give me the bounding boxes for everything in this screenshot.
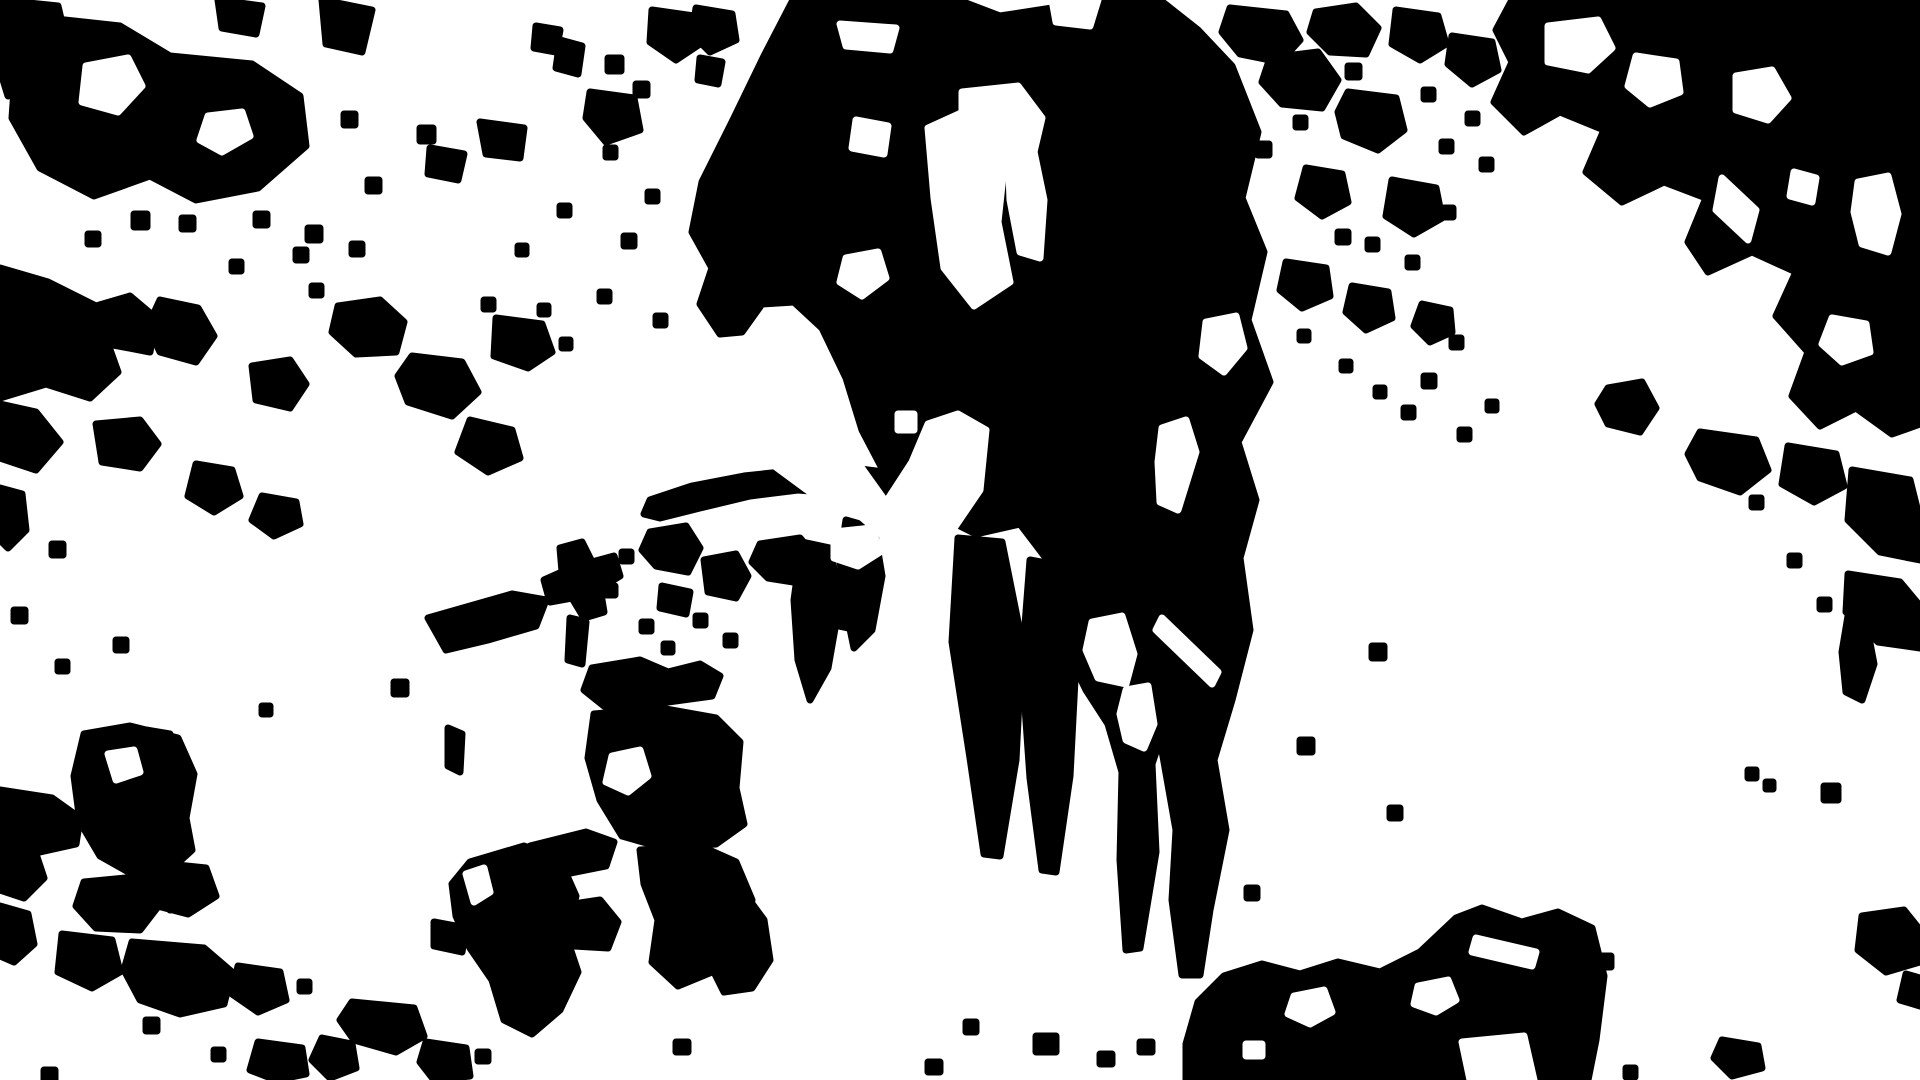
curved-sliver — [448, 728, 462, 772]
diag-blob-4 — [494, 318, 552, 368]
right-mid-blob-2 — [1688, 432, 1768, 492]
tr-hole-5 — [1790, 172, 1816, 202]
crown-top-notch-2 — [1052, 0, 1098, 26]
mid-blob-4 — [252, 496, 300, 536]
left-edge-blob-1 — [0, 840, 44, 898]
chevron-wedge — [428, 594, 546, 650]
frag-mid-4 — [1386, 180, 1442, 234]
tl-lower-mass — [0, 268, 156, 398]
crown-dot-2 — [908, 584, 926, 602]
bitonal-photo-canvas — [0, 0, 1920, 1080]
bl-foliage-piece — [556, 900, 618, 948]
right-mid-blob-3 — [1782, 446, 1844, 502]
mid-blob-2 — [96, 420, 158, 468]
bl-small-blob — [434, 922, 466, 952]
frag-mid-5 — [1280, 262, 1330, 308]
left-edge-blob-3 — [0, 488, 26, 548]
sub-beak-2 — [704, 554, 748, 598]
star-stem — [568, 618, 586, 664]
br-blob-3 — [1714, 1040, 1762, 1076]
crown-white-patch-2 — [962, 86, 1042, 158]
frag-mid-7 — [1414, 304, 1452, 342]
diag-blob-2 — [398, 356, 478, 416]
foliage-wing — [584, 660, 720, 712]
tl-chain-blob — [148, 300, 214, 362]
frag-mid-1 — [1262, 52, 1338, 108]
tl-lower-mass-2 — [0, 404, 60, 470]
br-blob-2 — [1900, 974, 1920, 1006]
sub-beak-4 — [752, 538, 818, 584]
top-speck-2 — [322, 0, 372, 52]
bl-foliage-sliver — [466, 868, 490, 902]
mound-notch — [1462, 1036, 1534, 1080]
bl-cluster-5 — [232, 966, 286, 1012]
leg-hole-1 — [1086, 616, 1134, 684]
frag-mid-2 — [1338, 92, 1404, 150]
mound-hole-1 — [1288, 990, 1332, 1024]
mid-right-speckles — [1247, 646, 1400, 898]
star-plant — [544, 542, 620, 618]
tr-hole-4 — [1854, 176, 1898, 252]
ml-speckles — [14, 544, 406, 904]
sub-beak-1 — [642, 526, 700, 572]
right-mid-blob-4 — [1848, 470, 1920, 560]
bl-cluster-3 — [58, 934, 120, 988]
bottom-center-speckles — [478, 1022, 1152, 1072]
ml-notch — [108, 750, 140, 780]
foliage-column — [700, 890, 770, 992]
bl-cluster-9 — [420, 1042, 470, 1080]
tr-hole-2 — [1628, 56, 1680, 104]
mid-blob-1 — [252, 360, 306, 408]
diag-blob-3 — [458, 420, 520, 472]
right-sliver — [1842, 616, 1874, 700]
crown-dot-1 — [898, 414, 914, 430]
frag-top-2 — [1392, 10, 1446, 60]
bird-blob-2 — [692, 8, 736, 52]
bl-cluster-8 — [312, 1038, 356, 1078]
trunk-band-2 — [1022, 560, 1076, 872]
crown-hole-1 — [852, 120, 888, 154]
speck-e — [428, 148, 464, 180]
leg-hole-2 — [1120, 686, 1154, 748]
mound-dot — [1246, 1044, 1262, 1056]
bl-cluster-4 — [124, 942, 232, 1014]
frag-mid-6 — [1346, 286, 1392, 330]
trunk-band-1 — [952, 538, 1022, 856]
speck-b — [556, 40, 582, 74]
br-blob-1 — [1858, 910, 1920, 972]
tl-main-mass — [12, 16, 306, 200]
crown-hole-4 — [834, 528, 880, 566]
mid-blob-3 — [188, 464, 240, 512]
right-dot — [1824, 786, 1838, 800]
bl-cluster-7 — [250, 1042, 306, 1080]
screenshot-root — [0, 0, 1920, 1080]
mound-hole-2 — [1414, 980, 1456, 1012]
right-mid-blob-1 — [1598, 382, 1656, 432]
frag-top-1 — [1310, 6, 1378, 54]
diag-blob-1 — [332, 300, 404, 354]
frag-top-3 — [1448, 36, 1498, 84]
speck-d — [480, 122, 524, 158]
frag-mid-3 — [1298, 168, 1348, 216]
bird-blob-3 — [698, 58, 722, 84]
right-mid-speckles — [1748, 498, 1829, 789]
sub-beak-5 — [820, 582, 862, 628]
sub-beak-3 — [660, 586, 690, 614]
ml-top-blob — [144, 730, 170, 752]
crown-top-notch — [840, 24, 896, 50]
bl-foliage-arm — [530, 832, 614, 874]
left-edge-blob-2 — [0, 906, 34, 962]
tr-hole-6 — [1668, 296, 1718, 344]
bl-cluster-2 — [154, 872, 198, 910]
speck-c — [586, 92, 640, 142]
top-speck-1 — [218, 0, 262, 34]
